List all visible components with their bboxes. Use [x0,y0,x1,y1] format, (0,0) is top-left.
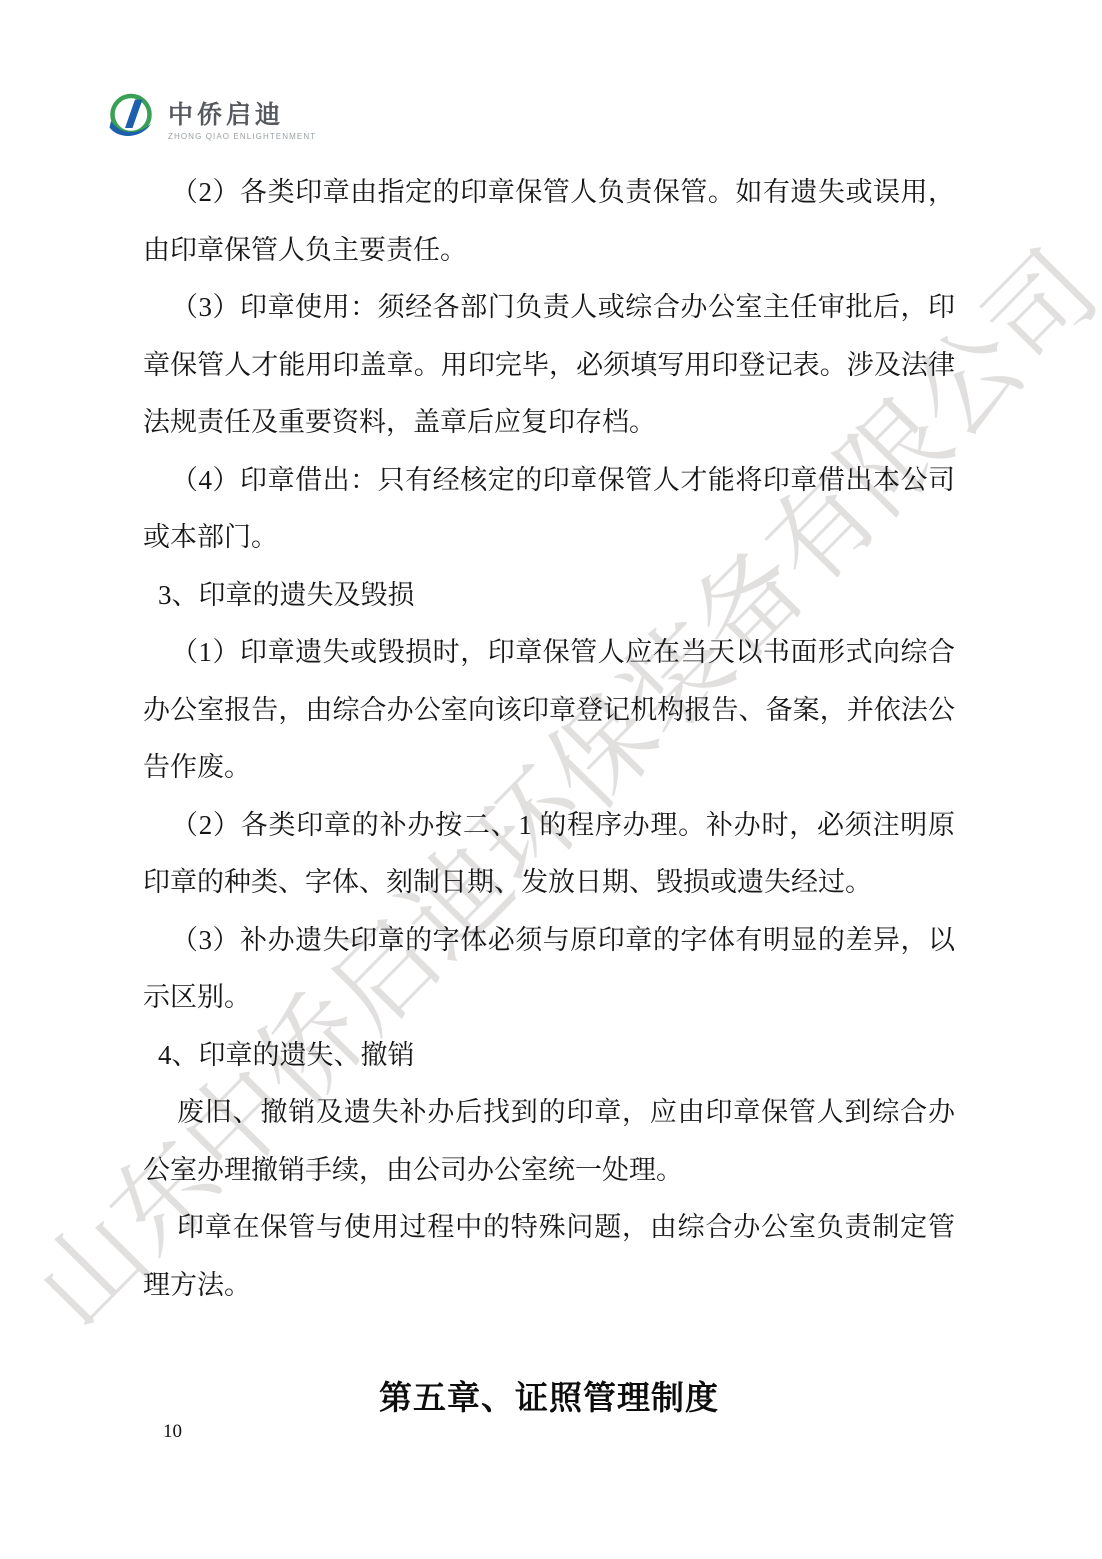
paragraph: （3）补办遗失印章的字体必须与原印章的字体有明显的差异，以示区别。 [143,912,955,1027]
paragraph: 印章在保管与使用过程中的特殊问题，由综合办公室负责制定管理方法。 [143,1199,955,1314]
paragraph: （2）各类印章由指定的印章保管人负责保管。如有遗失或误用，由印章保管人负主要责任… [143,164,955,279]
paragraph: 4、印章的遗失、撤销 [143,1027,955,1085]
text-line: （4）印章借出：只有经核定的印章保管人才能将印章借出本公司 [143,452,955,510]
paragraph: （3）印章使用：须经各部门负责人或综合办公室主任审批后，印章保管人才能用印盖章。… [143,279,955,452]
text-line: 公室办理撤销手续，由公司办公室统一处理。 [143,1142,955,1200]
text-line: （3）印章使用：须经各部门负责人或综合办公室主任审批后，印 [143,279,955,337]
text-line: （1）印章遗失或毁损时，印章保管人应在当天以书面形式向综合 [143,624,955,682]
document-page: 山东中侨启迪环保装备有限公司 中侨启迪 ZHONG QIAO ENLIGHTEN… [0,0,1102,1559]
page-number: 10 [163,1421,182,1443]
text-line: （2）各类印章由指定的印章保管人负责保管。如有遗失或误用， [143,164,955,222]
paragraph: 3、印章的遗失及毁损 [143,567,955,625]
text-line: 示区别。 [143,969,955,1027]
paragraph: 废旧、撤销及遗失补办后找到的印章，应由印章保管人到综合办公室办理撤销手续，由公司… [143,1084,955,1199]
logo-text: 中侨启迪 ZHONG QIAO ENLIGHTENMENT [168,103,316,141]
company-logo: 中侨启迪 ZHONG QIAO ENLIGHTENMENT [106,92,316,142]
logo-icon [106,92,156,142]
text-line: 理方法。 [143,1257,955,1315]
text-line: 3、印章的遗失及毁损 [143,567,955,625]
text-line: 或本部门。 [143,509,955,567]
chapter-heading: 第五章、证照管理制度 [143,1371,955,1428]
logo-company-name-en: ZHONG QIAO ENLIGHTENMENT [168,132,316,141]
paragraph: （4）印章借出：只有经核定的印章保管人才能将印章借出本公司或本部门。 [143,452,955,567]
text-line: 法规责任及重要资料，盖章后应复印存档。 [143,394,955,452]
text-line: 印章的种类、字体、刻制日期、发放日期、毁损或遗失经过。 [143,854,955,912]
text-line: 办公室报告，由综合办公室向该印章登记机构报告、备案，并依法公 [143,682,955,740]
paragraph: （2）各类印章的补办按二、1 的程序办理。补办时，必须注明原印章的种类、字体、刻… [143,797,955,912]
text-line: （2）各类印章的补办按二、1 的程序办理。补办时，必须注明原 [143,797,955,855]
text-line: 4、印章的遗失、撤销 [143,1027,955,1085]
text-line: 由印章保管人负主要责任。 [143,222,955,280]
logo-company-name: 中侨启迪 [168,103,316,128]
text-line: （3）补办遗失印章的字体必须与原印章的字体有明显的差异，以 [143,912,955,970]
paragraph: （1）印章遗失或毁损时，印章保管人应在当天以书面形式向综合办公室报告，由综合办公… [143,624,955,797]
document-body: （2）各类印章由指定的印章保管人负责保管。如有遗失或误用，由印章保管人负主要责任… [143,164,955,1428]
text-line: 章保管人才能用印盖章。用印完毕，必须填写用印登记表。涉及法律 [143,337,955,395]
text-line: 印章在保管与使用过程中的特殊问题，由综合办公室负责制定管 [143,1199,955,1257]
text-line: 废旧、撤销及遗失补办后找到的印章，应由印章保管人到综合办 [143,1084,955,1142]
text-line: 告作废。 [143,739,955,797]
